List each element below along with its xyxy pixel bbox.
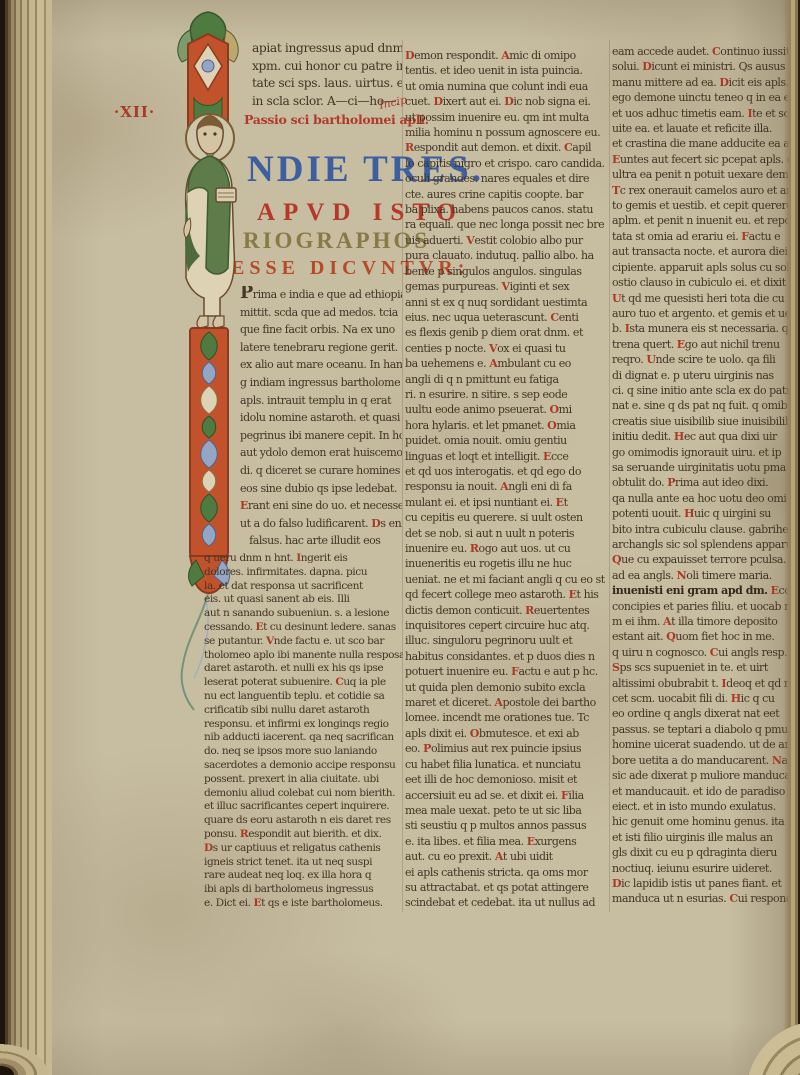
manuscript-text-line: trena quert. Ego aut nichil trenu xyxy=(612,337,794,352)
manuscript-text-line: pegrinus ibi manere cepit. In hoc xyxy=(240,427,402,445)
manuscript-text-line: sti seustiu q p multos annos passus xyxy=(405,818,606,833)
manuscript-text-line: aut. cu eo prexit. At ubi uidit xyxy=(405,849,606,864)
manuscript-text-line: la. et dat responsa ut sacrificent xyxy=(204,580,403,594)
book-left-page-edges xyxy=(0,0,52,1075)
manuscript-text-line: do. neq se ipsos more suo laniando xyxy=(204,745,403,759)
manuscript-text-line: milia hominu n possum agnoscere eu. xyxy=(405,125,606,140)
manuscript-text-line: Dic lapidib istis ut panes fiant. et xyxy=(612,876,794,891)
manuscript-text-line: es flexis genib p diem orat dnm. et xyxy=(405,325,606,340)
manuscript-text-line: mea male uexat. peto te ut sic liba xyxy=(405,803,606,818)
manuscript-text-line: responsu ia nouit. Angli eni di fa xyxy=(405,479,606,494)
manuscript-text-line: ba uehemens e. Ambulant cu eo xyxy=(405,356,606,371)
manuscript-text-line: et manducauit. et ido de paradiso xyxy=(612,784,794,799)
manuscript-text-line: b. Ista munera eis st necessaria. q xyxy=(612,321,794,336)
manuscript-text-line: bente p singulos angulos. singulas xyxy=(405,264,606,279)
manuscript-text-line: gls dixit cu eu p qdraginta dieru xyxy=(612,845,794,860)
manuscript-text-line: oculi grandes. nares equales et dire xyxy=(405,171,606,186)
manuscript-text-line: q ueru dnm n hnt. Ingerit eis xyxy=(204,552,403,566)
manuscript-text-line: Ds ur captiuus et religatus cathenis xyxy=(204,842,403,856)
manuscript-text-line: su attractabat. et qs potat attingere xyxy=(405,880,606,895)
manuscript-text-line: aut n sanando subueniun. s. a lesione xyxy=(204,607,403,621)
manuscript-text-line: di. q diceret se curare homines xyxy=(240,462,402,480)
manuscript-text-line: qa nulla ante ea hoc uotu deo omi xyxy=(612,491,794,506)
manuscript-text-line: dictis demon conticuit. Reuertentes xyxy=(405,603,606,618)
explicit-text-line: xpm. cui honor cu patre in uni xyxy=(252,58,402,76)
manuscript-text-line: rare audeat neq loq. ex illa hora q xyxy=(204,869,403,883)
manuscript-text-line: archangls sic sol splendens apparuit. xyxy=(612,537,794,552)
manuscript-text-line: potuert inuenire eu. Factu e aut p hc. xyxy=(405,664,606,679)
manuscript-text-line: Demon respondit. Amic di omipo xyxy=(405,48,606,63)
manuscript-text-line: ego demone uinctu teneo q in ea erat xyxy=(612,90,794,105)
manuscript-text-line: altissimi obubrabit t. Ideoq et qd nas xyxy=(612,676,794,691)
manuscript-text-line: eiect. et in isto mundo exulatus. xyxy=(612,799,794,814)
manuscript-text-line: ueniat. ne et mi faciant angli q cu eo s… xyxy=(405,572,606,587)
rubric-passio-title: Passio sci bartholomei apli. xyxy=(244,112,404,127)
manuscript-text-line: uultu eode animo pseuerat. Omi xyxy=(405,402,606,417)
manuscript-text-line: bore uetita a do manducarent. Na xyxy=(612,753,794,768)
manuscript-text-line: eos sine dubio qs ipse ledebat. xyxy=(240,480,402,498)
column-ruling xyxy=(609,40,610,912)
manuscript-text-line: lo capitis nigro et crispo. caro candida… xyxy=(405,156,606,171)
manuscript-text-line: ut a do falso ludificarent. Ds eni xyxy=(240,515,402,533)
manuscript-text-line: et qd uos interogatis. et qd ego do xyxy=(405,464,606,479)
manuscript-text-line: obtulit do. Prima aut ideo dixi. xyxy=(612,475,794,490)
manuscript-text-line: eius. nec uqua ueterascunt. Centi xyxy=(405,310,606,325)
manuscript-text-line: ei apls cathenis stricta. qa oms mor xyxy=(405,865,606,880)
manuscript-text-line: g indiam ingressus bartholome xyxy=(240,374,402,392)
manuscript-text-line: leserat poterat subuenire. Cuq ia ple xyxy=(204,676,403,690)
manuscript-text-line: et isti filio uirginis ille malus an xyxy=(612,830,794,845)
manuscript-text-line: initiu dedit. Hec aut qua dixi uir xyxy=(612,429,794,444)
display-heading-line3: RIOGRAPHOS xyxy=(243,228,430,254)
text-column-1-lower: q ueru dnm n hnt. Ingerit eisdolores. in… xyxy=(204,552,403,911)
manuscript-text-line: accersiuit eu ad se. et dixit ei. Filia xyxy=(405,788,606,803)
manuscript-text-line: cipiente. apparuit apls solus cu solo xyxy=(612,260,794,275)
manuscript-text-line: inuenisti eni gram apd dm. Ecce xyxy=(612,583,794,598)
manuscript-text-line: falsus. hac arte illudit eos xyxy=(240,532,402,550)
manuscript-text-line: potenti uouit. Huic q uirgini su xyxy=(612,506,794,521)
explicit-text-line: apiat ingressus apud dnm ihm xyxy=(252,40,402,58)
manuscript-text-line: to gemis et uestib. et cepit querere xyxy=(612,198,794,213)
manuscript-text-line: latere tenebraru regione gerit. xyxy=(240,339,402,357)
manuscript-text-line: tholomeo aplo ibi manente nulla resposa xyxy=(204,649,403,663)
manuscript-text-line: quare ds eoru astaroth n eis daret res xyxy=(204,814,403,828)
manuscript-text-line: ostio clauso in cubiculo ei. et dixit ei… xyxy=(612,275,794,290)
explicit-text-line: tate sci sps. laus. uirtus. et gla xyxy=(252,75,402,93)
manuscript-text-line: maret et diceret. Apostole dei bartho xyxy=(405,695,606,710)
manuscript-text-line: lomee. incendt me orationes tue. Tc xyxy=(405,710,606,725)
manuscript-text-line: homine uicerat suadendo. ut de ar xyxy=(612,737,794,752)
manuscript-text-line: inquisitores cepert circuire huc atq. xyxy=(405,618,606,633)
manuscript-text-line: mittit. scda que ad medos. tcia xyxy=(240,304,402,322)
manuscript-text-line: manu mittere ad ea. Dicit eis apls. Ia xyxy=(612,75,794,90)
manuscript-text-line: apls dixit ei. Obmutesce. et exi ab xyxy=(405,726,606,741)
manuscript-text-line: eet illi de hoc demonioso. misit et xyxy=(405,772,606,787)
manuscript-text-line: ibi apls di bartholomeus ingressus xyxy=(204,883,403,897)
manuscript-text-line: daret astaroth. et nulli ex his qs ipse xyxy=(204,662,403,676)
manuscript-text-line: bito intra cubiculu clause. gabrihel xyxy=(612,522,794,537)
manuscript-text-line: ad ea angls. Noli timere maria. xyxy=(612,568,794,583)
folio-number: ·XII· xyxy=(114,103,155,121)
manuscript-text-line: concipies et paries filiu. et uocab no xyxy=(612,599,794,614)
manuscript-text-line: reqro. Unde scire te uolo. qa fili xyxy=(612,352,794,367)
manuscript-text-line: eo ordine q angls dixerat nat eet xyxy=(612,706,794,721)
manuscript-text-line: eam accede audet. Continuo iussit ea xyxy=(612,44,794,59)
manuscript-text-line: tentis. et ideo uenit in ista puincia. xyxy=(405,63,606,78)
manuscript-text-line: Sps scs supueniet in te. et uirt xyxy=(612,660,794,675)
manuscript-text-line: ri. n esurire. n sitire. s sep eode xyxy=(405,387,606,402)
manuscript-text-line: angli di q n pmittunt eu fatiga xyxy=(405,372,606,387)
manuscript-text-line: tata st omia ad erariu ei. Factu e xyxy=(612,229,794,244)
manuscript-text-line: illuc. singuloru pegrinoru uult et xyxy=(405,633,606,648)
manuscript-text-line: eis. ut quasi sanent ab eis. Illi xyxy=(204,593,403,607)
manuscript-text-line: ut omia numina que colunt indi eua xyxy=(405,79,606,94)
manuscript-text-line: Respondit aut demon. et dixit. Capil xyxy=(405,140,606,155)
manuscript-text-line: inuenire eu. Rogo aut uos. ut cu xyxy=(405,541,606,556)
manuscript-text-line: crificatib sibi nullu daret astaroth xyxy=(204,704,403,718)
manuscript-text-line: eo. Polimius aut rex puincie ipsius xyxy=(405,741,606,756)
manuscript-text-line: responsu. et infirmi ex longinqs regio xyxy=(204,718,403,732)
manuscript-text-line: Tc rex onerauit camelos auro et argen xyxy=(612,183,794,198)
manuscript-text-line: nat e. sine q ds pat nq fuit. q omib xyxy=(612,398,794,413)
manuscript-text-line: Erant eni sine do uo. et necesse erat xyxy=(240,497,402,515)
manuscript-text-line: ex alio aut mare oceanu. In hanc xyxy=(240,356,402,374)
manuscript-text-line: hic genuit ome hominu genus. ita xyxy=(612,814,794,829)
manuscript-text-line: m ei ihm. At illa timore deposito xyxy=(612,614,794,629)
explicit-lines: apiat ingressus apud dnm ihmxpm. cui hon… xyxy=(252,40,402,110)
text-column-2: Demon respondit. Amic di omipotentis. et… xyxy=(405,48,606,911)
manuscript-text-line: sic ade dixerat p muliore manduca xyxy=(612,768,794,783)
manuscript-text-line: linguas et loqt et intelligit. Ecce xyxy=(405,449,606,464)
manuscript-text-line: igneis strict tenet. ita ut neq suspi xyxy=(204,856,403,870)
manuscript-text-line: aplm. et penit n inuenit eu. et repor xyxy=(612,213,794,228)
manuscript-text-line: uis aduerti. Vestit colobio albo pur xyxy=(405,233,606,248)
manuscript-text-line: noctiuq. ieiunu esurire uideret. xyxy=(612,861,794,876)
book-bottom-right-page-curl xyxy=(650,983,800,1075)
manuscript-text-line: gemas purpureas. Viginti et sex xyxy=(405,279,606,294)
manuscript-text-line: ut possim inuenire eu. qm int multa xyxy=(405,110,606,125)
manuscript-text-line: solui. Dicunt ei ministri. Qs ausus sit xyxy=(612,59,794,74)
manuscript-text-line: demoniu aliud colebat cui nom bierith. xyxy=(204,787,403,801)
manuscript-text-line: e. ita libes. et filia mea. Exurgens xyxy=(405,834,606,849)
manuscript-text-line: Que cu expauisset terrore pculsa. ait xyxy=(612,552,794,567)
manuscript-text-line: centies p nocte. Vox ei quasi tu xyxy=(405,341,606,356)
manuscript-text-line: que fine facit orbis. Na ex uno xyxy=(240,321,402,339)
manuscript-text-line: idolu nomine astaroth. et quasi xyxy=(240,409,402,427)
manuscript-text-line: et uos adhuc timetis eam. Ite et sol xyxy=(612,106,794,121)
manuscript-text-line: habitus considantes. et p duos dies n xyxy=(405,649,606,664)
manuscript-text-line: manduca ut n esurias. Cui respond xyxy=(612,891,794,906)
manuscript-text-line: cu habet filia lunatica. et nunciatu xyxy=(405,757,606,772)
manuscript-text-line: pura clauato. indutuq. pallio albo. ha xyxy=(405,248,606,263)
manuscript-text-line: qd fecert college meo astaroth. Et his xyxy=(405,587,606,602)
manuscript-text-line: sacerdotes a demonio accipe responsu xyxy=(204,759,403,773)
manuscript-text-line: et crastina die mane adducite ea ad me. xyxy=(612,136,794,151)
manuscript-text-line: passus. se teptari a diabolo q pmu xyxy=(612,722,794,737)
text-column-3: eam accede audet. Continuo iussit easolu… xyxy=(612,44,794,907)
manuscript-text-line: se putantur. Vnde factu e. ut sco bar xyxy=(204,635,403,649)
manuscript-photograph: ·XII· Incip apiat ingressus apud dnm ihm… xyxy=(0,0,800,1075)
explicit-text-line: in scla sclor. A—ci—ho—. xyxy=(252,93,402,111)
manuscript-text-line: ci. q sine initio ante scla ex do patre xyxy=(612,383,794,398)
manuscript-text-line: mulant ei. et ipsi nuntiant ei. Et xyxy=(405,495,606,510)
manuscript-text-line: ra equali. que nec longa possit nec bre xyxy=(405,217,606,232)
manuscript-text-line: cu cepitis eu querere. si uult osten xyxy=(405,510,606,525)
manuscript-text-line: apls. intrauit templu in q erat xyxy=(240,392,402,410)
manuscript-text-line: ponsu. Respondit aut bierith. et dix. xyxy=(204,828,403,842)
manuscript-text-line: uite ea. et lauate et reficite illa. xyxy=(612,121,794,136)
manuscript-text-line: cuet. Dixert aut ei. Dic nob signa ei. xyxy=(405,94,606,109)
manuscript-text-line: ut quida plen demonio subito excla xyxy=(405,680,606,695)
manuscript-text-line: estant ait. Quom fiet hoc in me. xyxy=(612,629,794,644)
manuscript-text-line: cet scm. uocabit fili di. Hic q cu xyxy=(612,691,794,706)
manuscript-text-line: anni st ex q nuq sordidant uestimta xyxy=(405,295,606,310)
manuscript-text-line: et illuc sacrificantes cepert inquirere. xyxy=(204,800,403,814)
manuscript-text-line: auro tuo et argento. et gemis et uesti xyxy=(612,306,794,321)
manuscript-text-line: puidet. omia nouit. omiu gentiu xyxy=(405,433,606,448)
manuscript-text-line: inueneritis eu rogetis illu ne huc xyxy=(405,556,606,571)
manuscript-text-line: Euntes aut fecert sic pcepat apls. et xyxy=(612,152,794,167)
manuscript-text-line: scindebat et cedebat. ita ut nullus ad xyxy=(405,895,606,910)
manuscript-text-line: e. Dict ei. Et qs e iste bartholomeus. xyxy=(204,897,403,911)
manuscript-text-line: cessando. Et cu desinunt ledere. sanas xyxy=(204,621,403,635)
manuscript-text-line: det se nob. si aut n uult n poteris xyxy=(405,526,606,541)
manuscript-text-line: cte. aures crine capitis coopte. bar xyxy=(405,187,606,202)
manuscript-text-line: creatis siue uisibilib siue inuisibilib xyxy=(612,414,794,429)
manuscript-text-line: Prima e india e que ad ethiopia xyxy=(240,286,402,304)
manuscript-text-line: possent. prexert in alia ciuitate. ubi xyxy=(204,773,403,787)
manuscript-text-line: q uiru n cognosco. Cui angls resp. xyxy=(612,645,794,660)
manuscript-text-line: ba plixa. habens paucos canos. statu xyxy=(405,202,606,217)
manuscript-text-line: nib adducti iacerent. qa neq sacrifican xyxy=(204,731,403,745)
manuscript-text-line: dolores. infirmitates. dapna. picu xyxy=(204,566,403,580)
book-bottom-left-page-edges xyxy=(0,1005,120,1075)
manuscript-text-line: aut ydolo demon erat huiscemo xyxy=(240,444,402,462)
manuscript-text-line: nu ect languentib teplu. et cotidie sa xyxy=(204,690,403,704)
manuscript-text-line: ultra ea penit n potuit uexare demon. xyxy=(612,167,794,182)
manuscript-text-line: aut transacta nocte. et aurora diei in xyxy=(612,244,794,259)
manuscript-text-line: di dignat e. p uteru uirginis nas xyxy=(612,368,794,383)
manuscript-text-line: go omimodis ignorauit uiru. et ip xyxy=(612,445,794,460)
manuscript-text-line: hora hylaris. et let pmanet. Omia xyxy=(405,418,606,433)
book-right-page-edge xyxy=(784,0,800,1075)
manuscript-text-line: sa seruande uirginitatis uotu pma xyxy=(612,460,794,475)
manuscript-text-line: Ut qd me quesisti heri tota die cu xyxy=(612,291,794,306)
text-column-1-upper: Prima e india e que ad ethiopiamittit. s… xyxy=(240,286,402,550)
